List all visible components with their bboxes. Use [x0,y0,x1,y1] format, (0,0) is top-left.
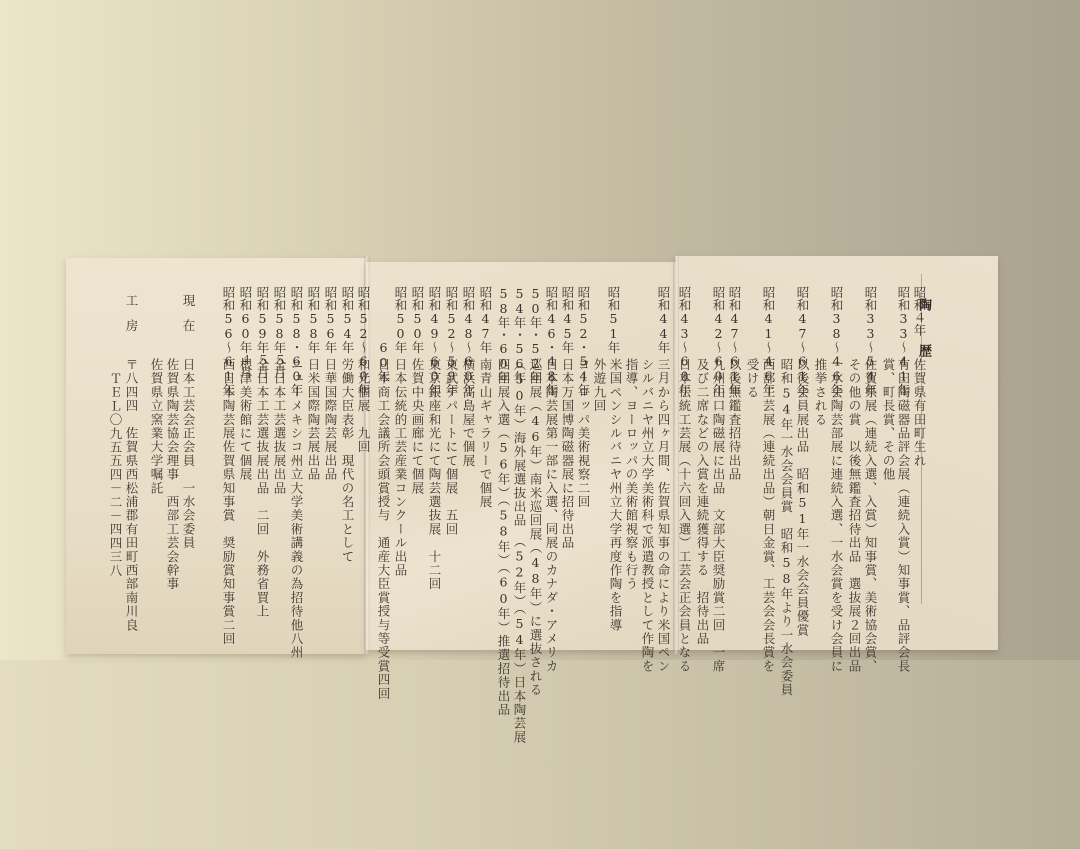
entry-text: 西部工芸展（連続出品）朝日金賞、工芸会会長賞を [761,358,775,673]
entry-text: 以後無鑑査招待出品 [727,358,741,481]
entry-text: 日米国際陶芸展出品 [306,358,320,481]
entry-text: 和光個展 九回 [356,358,370,454]
entry-year: 昭和51年 [606,286,620,354]
entry-text: 以後会員展出品 昭和51年一水会会員優賞 [795,358,809,637]
entry-text: 及び二席などの入賞を連続獲得する 招待出品 [695,358,709,646]
entry-text: 東京銀座和光にて陶芸選抜展 十二回 [427,358,441,591]
entry-text: 四回展入選（56年）（58年）（60年）推選招待出品 [496,358,510,717]
entry-text: その他の賞 以後無鑑査招待出品 選抜展２回出品 [847,358,861,673]
current-line: 佐賀県立窯業大学嘱託 [149,358,163,495]
entry-text: 西日本陶芸展佐賀県知事賞 奨励賞知事賞二回 [221,358,235,646]
studio-line: ＴＥＬ〇九五五四－二－四四三八 [108,372,122,578]
entry-text: 全日本工芸選抜展出品 二回 外務省買上 [255,358,269,618]
entry-text: 一水会陶芸部展に連続入選、一水会賞を受け会員に [829,358,843,673]
entry-text: 九州山口陶磁展に出品 文部大臣奨励賞二回 一席 [711,358,725,673]
entry-text: 労働大臣表彰 現代の名工として [340,358,354,564]
entry-text: 指導、ヨーロッパの美術館視察も行う [624,358,638,591]
entry-text: 三月から四ヶ月間、佐賀県知事の命により米国ペン [656,358,670,673]
entry-text: 佐賀県展（連続入選、入賞）知事賞、美術協会賞、 [863,358,877,673]
entry-year: 昭和56年 [323,286,337,354]
entry-text: 東武デパートにて個展 五回 [444,358,458,536]
entry-text: 巡回展（46年）南米巡回展（48年）に選抜される [528,358,542,697]
entry-text: 日本陶芸展第一部に入選、同展のカナダ・アメリカ [544,358,558,673]
entry-text: 日本伝統的工芸産業コンクール出品 [393,358,407,577]
entry-text: 日本伝統工芸展（十六回入選）工芸会正会員となる [677,358,691,673]
entry-text: 推挙される [813,358,827,427]
entry-year: 50年・52年 [528,286,542,384]
entry-year: 昭和44年 [656,286,670,354]
entry-year: 昭和47年 [478,286,492,354]
current-line: 日本工芸会正会員 一水会委員 [181,358,195,550]
entry-text: 有田陶磁器品評会展（連続入賞）知事賞、品評会長 [896,358,910,673]
entry-year: 昭和45年 [560,286,574,354]
current-line: 佐賀県陶芸協会理事 西部工芸会幹事 [165,358,179,591]
entry-text: 全日本工芸選抜展出品 [272,358,286,495]
entry-text: 昭和54年一水会会員賞 昭和58年より一水会委員 [779,358,793,697]
entry-year: 昭和４年 [912,286,926,336]
entry-text: 横浜高島屋で個展 [461,358,475,468]
studio-label: 工 房 [124,294,138,332]
entry-text: 根津美術館にて個展 [238,358,252,481]
entry-text: 日本商工会議所会頭賞授与 通産大臣賞授与等受賞四回 [376,358,390,701]
entry-text: 米国ペンシルバニヤ州立大学再度作陶を指導 [608,358,622,632]
entry-year: 昭和50年 [410,286,424,354]
entry-text: 受ける [745,358,759,399]
entry-text: 南青山ギャラリーで個展 [478,358,492,509]
biography-leaflet: 陶 歴 昭和４年 佐賀県有田町生れ 昭和33～41年 有田陶磁器品評会展（連続入… [66,256,998,654]
entry-text: 賞、町長賞、その他 [881,358,895,481]
entry-text: ニューメキシコ州立大学美術講義の為招待他八州 [289,358,303,659]
entry-text: 日華国際陶芸展出品 [323,358,337,481]
entry-year: 昭和50年 [393,286,407,354]
studio-line: 〒八四四 佐賀県西松浦郡有田町西部南川良 [124,358,138,632]
entry-text: 外遊九回 [592,358,606,413]
entry-text: （50年）海外展選抜出品 （52年）（54年）日本陶芸展 [512,358,526,744]
entry-text: ヨーロッパ美術視察二回 [576,358,590,509]
entry-text: 日本万国博陶磁器展に招待出品 [560,358,574,550]
current-label: 現 在 [181,294,195,332]
entry-year: 昭和58年 [306,286,320,354]
entry-year: 昭和54年 [340,286,354,354]
entry-text: 佐賀県有田町生れ [912,358,926,468]
entry-text: 佐賀中央画廊にて個展 [410,358,424,495]
entry-text: シルバニヤ州立大学美術科で派遣教授として作陶を [640,358,654,673]
